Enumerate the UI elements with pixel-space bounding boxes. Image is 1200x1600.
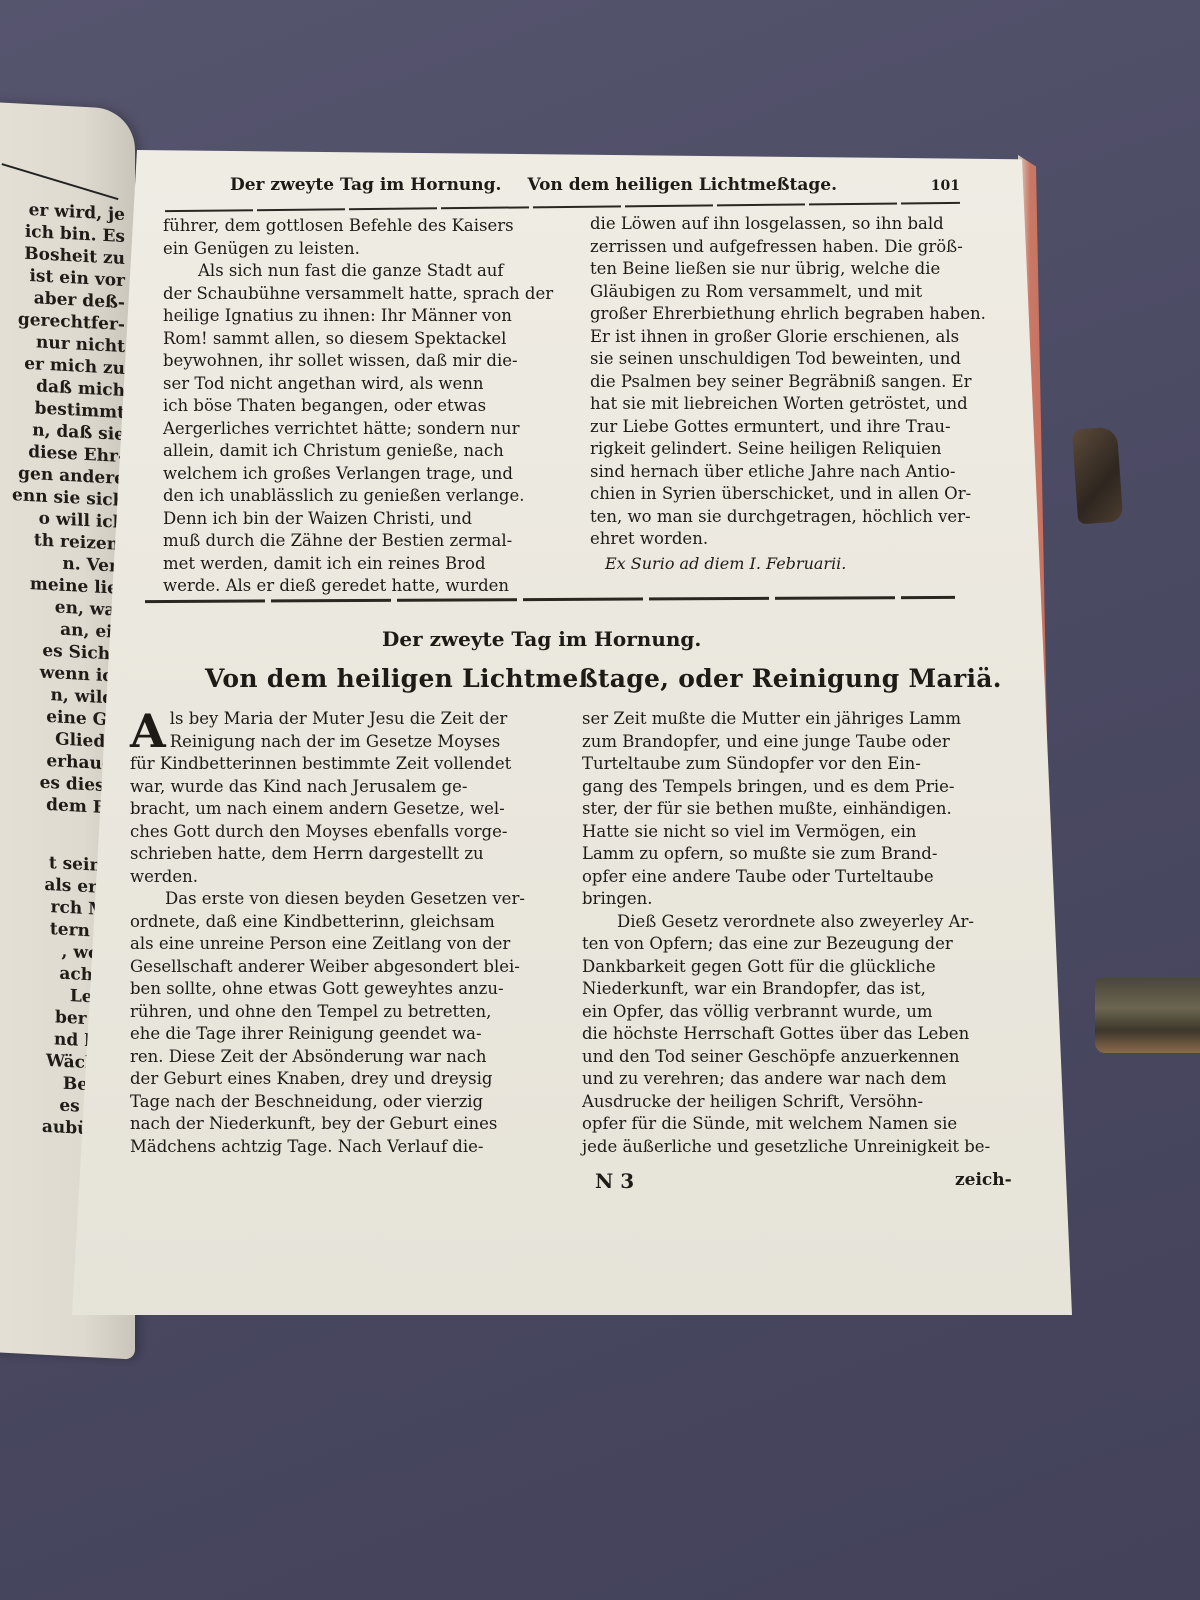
upper-column-2: die Löwen auf ihn losgelassen, so ihn ba… — [590, 213, 970, 551]
text-line: rigkeit gelindert. Seine heiligen Reliqu… — [590, 438, 970, 461]
text-line: sie seinen unschuldigen Tod beweinten, u… — [590, 348, 970, 371]
text-line: Turteltaube zum Sündopfer vor den Ein- — [582, 753, 982, 776]
text-line: ten, wo man sie durchgetragen, höchlich … — [590, 506, 970, 529]
text-line: Niederkunft, war ein Brandopfer, das ist… — [582, 978, 982, 1001]
text-line: schrieben hatte, dem Herrn dargestellt z… — [130, 843, 545, 866]
page-number: 101 — [931, 178, 960, 194]
text-line: ren. Diese Zeit der Absönderung war nach — [130, 1046, 545, 1069]
text-line: ordnete, daß eine Kindbetterinn, gleichs… — [130, 911, 545, 934]
clasp-bottom — [1095, 978, 1200, 1053]
text-line: Das erste von diesen beyden Gesetzen ver… — [130, 888, 545, 911]
chapter-title: Von dem heiligen Lichtmeßtage, oder Rein… — [205, 664, 1002, 693]
text-line: die Löwen auf ihn losgelassen, so ihn ba… — [590, 213, 970, 236]
text-line: Aergerliches verrichtet hätte; sondern n… — [163, 418, 548, 441]
text-line: Rom! sammt allen, so diesem Spektackel — [163, 328, 548, 351]
text-line: ben sollte, ohne etwas Gott geweyhtes an… — [130, 978, 545, 1001]
text-line: Als sich nun fast die ganze Stadt auf — [163, 260, 548, 283]
text-line: ehe die Tage ihrer Reinigung geendet wa- — [130, 1023, 545, 1046]
text-line: muß durch die Zähne der Bestien zermal- — [163, 530, 548, 553]
text-line: Hatte sie nicht so viel im Vermögen, ein — [582, 821, 982, 844]
text-line: großer Ehrerbiethung ehrlich begraben ha… — [590, 303, 970, 326]
text-line: gang des Tempels bringen, und es dem Pri… — [582, 776, 982, 799]
text-line: ehret worden. — [590, 528, 970, 551]
text-line: ser Zeit mußte die Mutter ein jähriges L… — [582, 708, 982, 731]
running-head-left: Der zweyte Tag im Hornung. — [230, 175, 501, 195]
text-line: allein, damit ich Christum genieße, nach — [163, 440, 548, 463]
text-line: die höchste Herrschaft Gottes über das L… — [582, 1023, 982, 1046]
text-line: Tage nach der Beschneidung, oder vierzig — [130, 1091, 545, 1114]
printer-signature: N 3 — [595, 1169, 634, 1193]
running-head-right: Von dem heiligen Lichtmeßtage. — [527, 175, 837, 195]
text-line: ten von Opfern; das eine zur Bezeugung d… — [582, 933, 982, 956]
text-line: Lamm zu opfern, so mußte sie zum Brand- — [582, 843, 982, 866]
text-line: ls bey Maria der Muter Jesu die Zeit der — [130, 708, 545, 731]
text-line: met werden, damit ich ein reines Brod — [163, 553, 548, 576]
text-line: Dankbarkeit gegen Gott für die glücklich… — [582, 956, 982, 979]
text-line: ster, der für sie bethen mußte, einhändi… — [582, 798, 982, 821]
text-line: werden. — [130, 866, 545, 889]
text-line: Ausdrucke der heiligen Schrift, Versöhn- — [582, 1091, 982, 1114]
text-line: opfer für die Sünde, mit welchem Namen s… — [582, 1113, 982, 1136]
chapter-column-1: A ls bey Maria der Muter Jesu die Zeit d… — [130, 708, 545, 1158]
text-line: Gesellschaft anderer Weiber abgesondert … — [130, 956, 545, 979]
text-line: ein Genügen zu leisten. — [163, 238, 548, 261]
text-line: beywohnen, ihr sollet wissen, daß mir di… — [163, 350, 548, 373]
text-line: werde. Als er dieß geredet hatte, wurden — [163, 575, 548, 598]
text-line: Mädchens achtzig Tage. Nach Verlauf die- — [130, 1136, 545, 1159]
text-line: ches Gott durch den Moyses ebenfalls vor… — [130, 821, 545, 844]
text-line: ser Tod nicht angethan wird, als wenn — [163, 373, 548, 396]
text-line: rühren, und ohne den Tempel zu betretten… — [130, 1001, 545, 1024]
text-line: opfer eine andere Taube oder Turteltaube — [582, 866, 982, 889]
text-line: und den Tod seiner Geschöpfe anzuerkenne… — [582, 1046, 982, 1069]
text-line: ein Opfer, das völlig verbrannt wurde, u… — [582, 1001, 982, 1024]
text-line: der Schaubühne versammelt hatte, sprach … — [163, 283, 548, 306]
text-line: der Geburt eines Knaben, drey und dreysi… — [130, 1068, 545, 1091]
text-line: Denn ich bin der Waizen Christi, und — [163, 508, 548, 531]
text-line: sind hernach über etliche Jahre nach Ant… — [590, 461, 970, 484]
text-line: und zu verehren; das andere war nach dem — [582, 1068, 982, 1091]
text-line: welchem ich großes Verlangen trage, und — [163, 463, 548, 486]
text-line: zerrissen und aufgefressen haben. Die gr… — [590, 236, 970, 259]
chapter-subtitle: Der zweyte Tag im Hornung. — [382, 627, 701, 651]
drop-cap: A — [130, 711, 166, 751]
upper-column-1: führer, dem gottlosen Befehle des Kaiser… — [163, 215, 548, 598]
text-line: Reinigung nach der im Gesetze Moyses — [130, 731, 545, 754]
text-line: war, wurde das Kind nach Jerusalem ge- — [130, 776, 545, 799]
text-line: den ich unablässlich zu genießen verlang… — [163, 485, 548, 508]
running-head: Der zweyte Tag im Hornung. Von dem heili… — [230, 175, 960, 195]
text-line: für Kindbetterinnen bestimmte Zeit volle… — [130, 753, 545, 776]
text-line: führer, dem gottlosen Befehle des Kaiser… — [163, 215, 548, 238]
text-line: zum Brandopfer, und eine junge Taube ode… — [582, 731, 982, 754]
text-line: chien in Syrien überschicket, und in all… — [590, 483, 970, 506]
text-line: Dieß Gesetz verordnete also zweyerley Ar… — [582, 911, 982, 934]
text-line: ten Beine ließen sie nur übrig, welche d… — [590, 258, 970, 281]
text-line: heilige Ignatius zu ihnen: Ihr Männer vo… — [163, 305, 548, 328]
source-citation: Ex Surio ad diem I. Februarii. — [605, 554, 846, 573]
left-page-rule — [2, 163, 119, 200]
text-line: als eine unreine Person eine Zeitlang vo… — [130, 933, 545, 956]
text-line: hat sie mit liebreichen Worten getröstet… — [590, 393, 970, 416]
text-line: jede äußerliche und gesetzliche Unreinig… — [582, 1136, 982, 1159]
text-line: zur Liebe Gottes ermuntert, und ihre Tra… — [590, 416, 970, 439]
text-line: Gläubigen zu Rom versammelt, und mit — [590, 281, 970, 304]
chapter-column-2: ser Zeit mußte die Mutter ein jähriges L… — [582, 708, 982, 1158]
text-line: bringen. — [582, 888, 982, 911]
text-line: ich böse Thaten begangen, oder etwas — [163, 395, 548, 418]
text-line: Er ist ihnen in großer Glorie erschienen… — [590, 326, 970, 349]
text-line: bracht, um nach einem andern Gesetze, we… — [130, 798, 545, 821]
catchword: zeich- — [955, 1170, 1012, 1190]
text-line: die Psalmen bey seiner Begräbniß sangen.… — [590, 371, 970, 394]
text-line: nach der Niederkunft, bey der Geburt ein… — [130, 1113, 545, 1136]
clasp-top — [1072, 427, 1124, 525]
